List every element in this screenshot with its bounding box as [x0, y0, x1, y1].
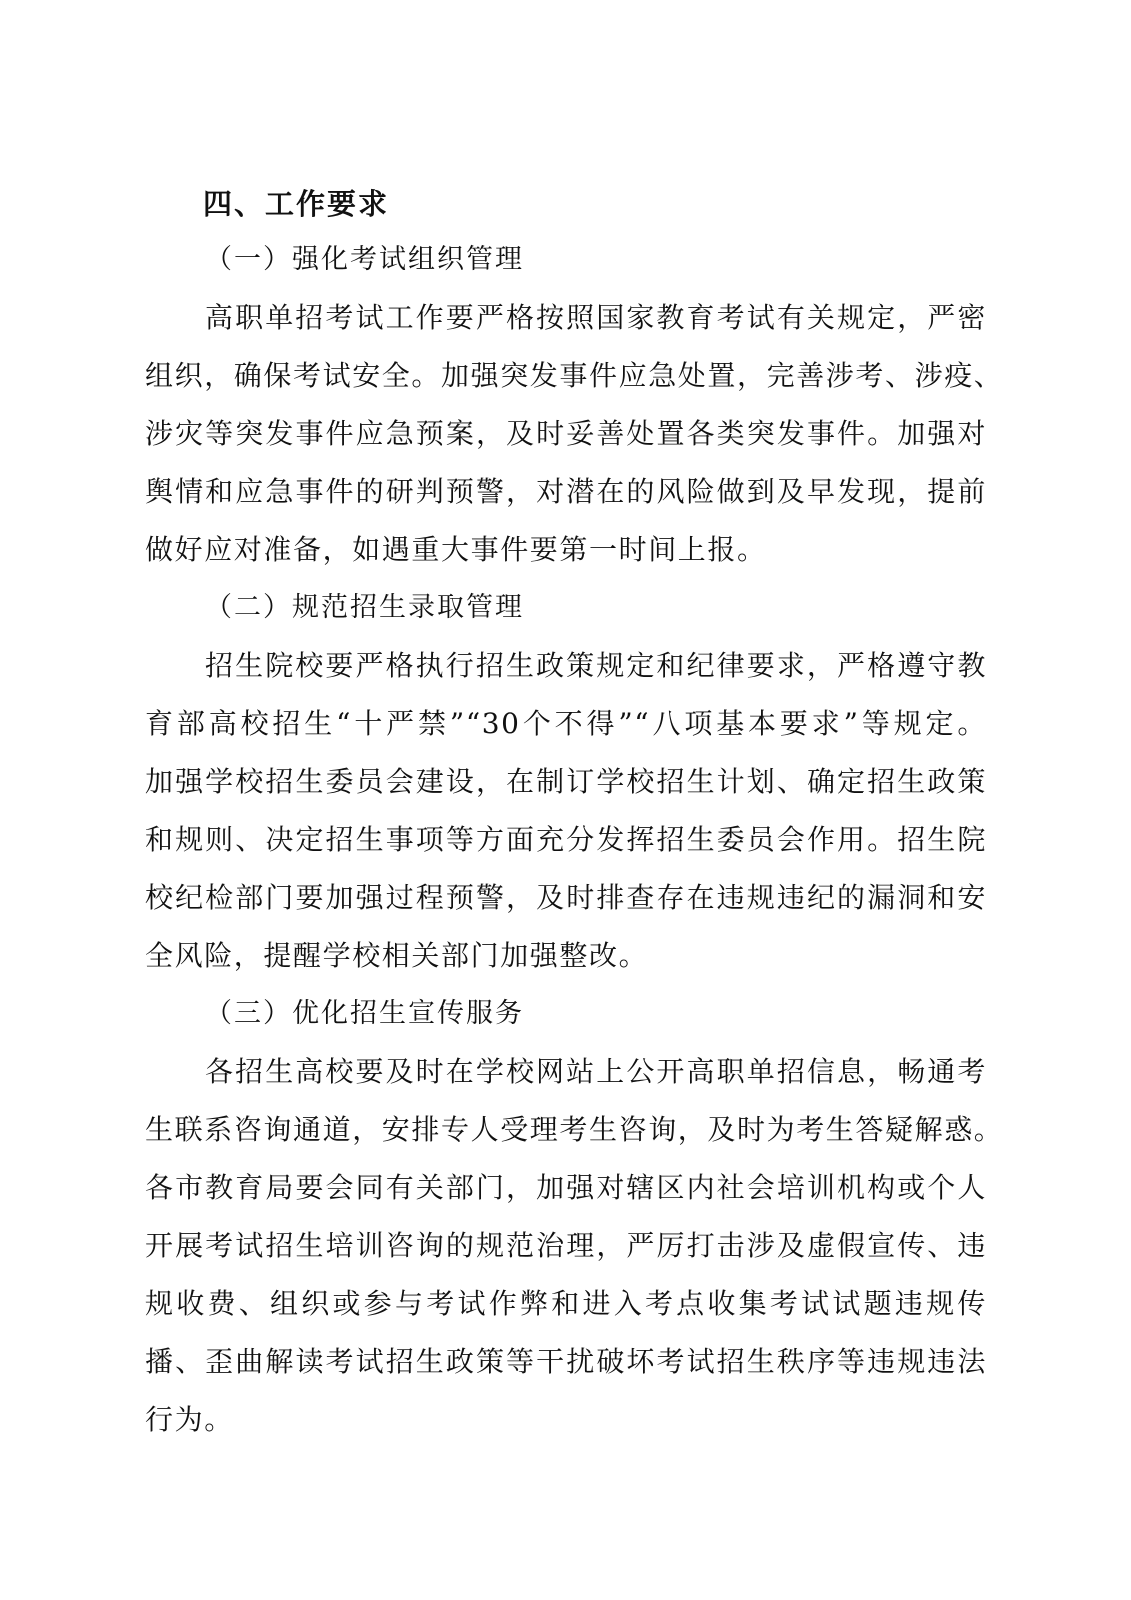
paragraph-line: 生联系咨询通道，安排专人受理考生咨询，及时为考生答疑解惑。 [145, 1112, 987, 1148]
paragraph-line: 加强学校招生委员会建设，在制订学校招生计划、确定招生政策 [145, 764, 987, 800]
paragraph-line: 各招生高校要及时在学校网站上公开高职单招信息，畅通考 [205, 1054, 987, 1090]
subsection-heading-1: （一）强化考试组织管理 [205, 242, 1047, 278]
paragraph-line: 舆情和应急事件的研判预警，对潜在的风险做到及早发现，提前 [145, 474, 987, 510]
paragraph-line: 组织，确保考试安全。加强突发事件应急处置，完善涉考、涉疫、 [145, 358, 987, 394]
paragraph-line: 规收费、组织或参与考试作弊和进入考点收集考试试题违规传 [145, 1286, 987, 1322]
paragraph-line: 做好应对准备，如遇重大事件要第一时间上报。 [145, 532, 987, 568]
paragraph-line: 行为。 [145, 1402, 987, 1438]
paragraph-line: 播、歪曲解读考试招生政策等干扰破坏考试招生秩序等违规违法 [145, 1344, 987, 1380]
paragraph-line: 开展考试招生培训咨询的规范治理，严厉打击涉及虚假宣传、违 [145, 1228, 987, 1264]
section-title: 四、工作要求 [203, 186, 1045, 222]
subsection-heading-3: （三）优化招生宣传服务 [205, 996, 1047, 1032]
paragraph-line: 育部高校招生“十严禁”“30个不得”“八项基本要求”等规定。 [145, 706, 987, 742]
paragraph-line: 高职单招考试工作要严格按照国家教育考试有关规定，严密 [205, 300, 987, 336]
subsection-heading-2: （二）规范招生录取管理 [205, 590, 1047, 626]
paragraph-line: 招生院校要严格执行招生政策规定和纪律要求，严格遵守教 [205, 648, 987, 684]
paragraph-line: 全风险，提醒学校相关部门加强整改。 [145, 938, 987, 974]
document-page: 四、工作要求 （一）强化考试组织管理 高职单招考试工作要严格按照国家教育考试有关… [0, 0, 1131, 1600]
paragraph-line: 和规则、决定招生事项等方面充分发挥招生委员会作用。招生院 [145, 822, 987, 858]
paragraph-line: 各市教育局要会同有关部门，加强对辖区内社会培训机构或个人 [145, 1170, 987, 1206]
paragraph-line: 涉灾等突发事件应急预案，及时妥善处置各类突发事件。加强对 [145, 416, 987, 452]
paragraph-line: 校纪检部门要加强过程预警，及时排查存在违规违纪的漏洞和安 [145, 880, 987, 916]
